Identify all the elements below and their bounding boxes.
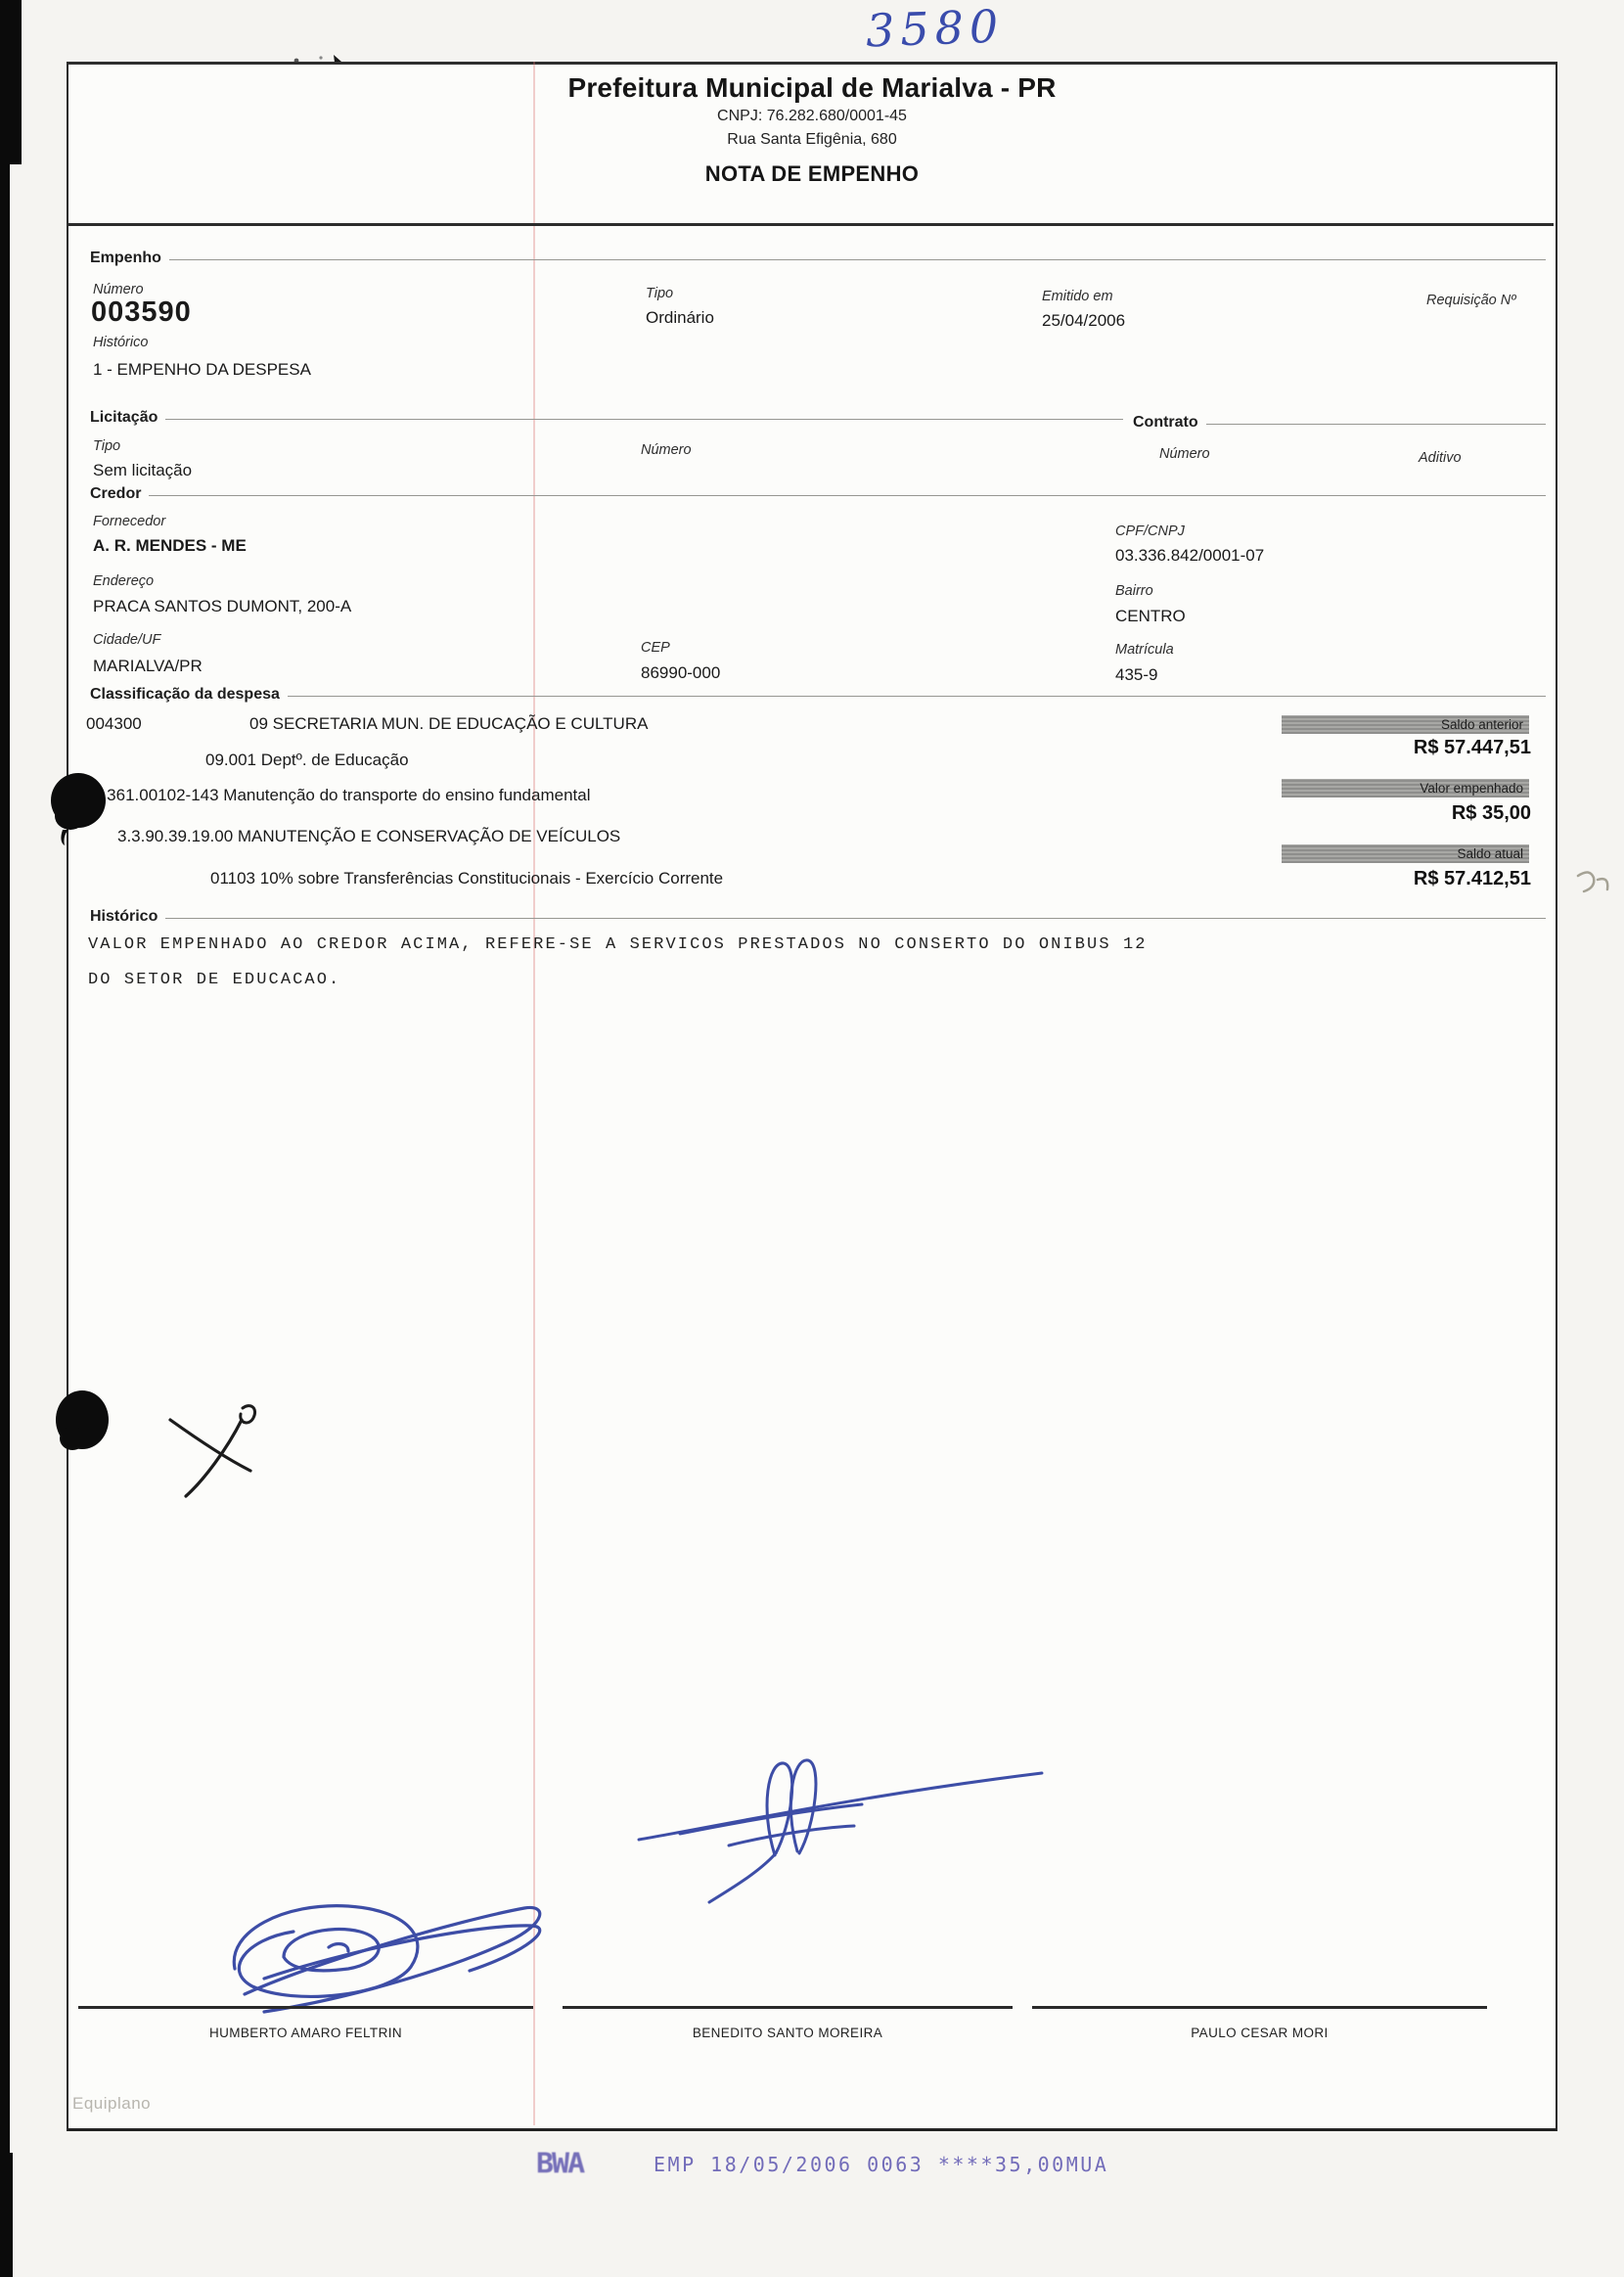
section-historico-label: Histórico — [90, 908, 165, 926]
section-rule — [165, 918, 1546, 919]
signature-line — [1032, 2006, 1487, 2009]
credor-bairro-value: CENTRO — [1115, 607, 1186, 626]
section-rule — [288, 696, 1546, 697]
classificacao-row: 01103 10% sobre Transferências Constituc… — [210, 869, 723, 888]
empenho-requisicao-label: Requisição Nº — [1426, 293, 1516, 308]
scanned-document-page: 3580 Prefeitura Municipal de Marialva - … — [0, 0, 1624, 2277]
section-licitacao-label: Licitação — [90, 409, 165, 427]
section-rule — [169, 259, 1546, 260]
empenho-historico-value: 1 - EMPENHO DA DESPESA — [93, 360, 311, 380]
org-address: Rua Santa Efigênia, 680 — [0, 131, 1624, 149]
credor-cpf-label: CPF/CNPJ — [1115, 524, 1185, 539]
handwritten-page-number: 3580 — [865, 0, 1005, 57]
classificacao-row: 09.001 Deptº. de Educação — [205, 751, 409, 770]
section-historico: Histórico — [90, 908, 1546, 926]
credor-cidade-label: Cidade/UF — [93, 632, 160, 648]
signature-line — [563, 2006, 1013, 2009]
section-credor-label: Credor — [90, 485, 149, 503]
section-rule — [149, 495, 1546, 496]
classificacao-row: 2.361.00102-143 Manutenção do transporte… — [93, 786, 591, 805]
licitacao-tipo-value: Sem licitação — [93, 461, 192, 480]
credor-endereco-value: PRACA SANTOS DUMONT, 200-A — [93, 597, 351, 616]
valor-empenhado-label: Valor empenhado — [1420, 781, 1523, 796]
scanner-line-artifact — [533, 62, 535, 2125]
empenho-emitido-label: Emitido em — [1042, 289, 1113, 304]
section-rule — [165, 419, 1123, 420]
ink-blot — [51, 1388, 119, 1466]
empenho-historico-label: Histórico — [93, 335, 148, 350]
empenho-numero-label: Número — [93, 282, 144, 297]
signatory-name: BENEDITO SANTO MOREIRA — [563, 2026, 1013, 2040]
credor-cidade-value: MARIALVA/PR — [93, 657, 203, 676]
section-rule — [1206, 424, 1546, 425]
classificacao-code: 004300 — [86, 714, 142, 734]
org-title: Prefeitura Municipal de Marialva - PR — [0, 72, 1624, 104]
licitacao-numero-label: Número — [641, 442, 692, 458]
valor-empenhado-bar: Valor empenhado — [1282, 779, 1529, 797]
scan-edge-bottom — [0, 2153, 13, 2277]
credor-cep-value: 86990-000 — [641, 663, 720, 683]
section-credor: Credor — [90, 485, 1546, 503]
empenho-tipo-label: Tipo — [646, 286, 673, 301]
processing-stamp-logo: BWA — [536, 2148, 583, 2180]
section-contrato-label: Contrato — [1133, 414, 1206, 432]
saldo-atual-bar: Saldo atual — [1282, 844, 1529, 863]
org-cnpj: CNPJ: 76.282.680/0001-45 — [0, 108, 1624, 125]
section-licitacao: Licitação — [90, 409, 1123, 427]
contrato-aditivo-label: Aditivo — [1419, 450, 1462, 466]
saldo-anterior-value: R$ 57.447,51 — [1277, 737, 1531, 759]
licitacao-tipo-label: Tipo — [93, 438, 120, 454]
handwritten-x-mark — [157, 1394, 274, 1512]
section-contrato: Contrato — [1133, 414, 1546, 432]
credor-matricula-label: Matrícula — [1115, 642, 1174, 658]
section-empenho: Empenho — [90, 250, 1546, 267]
saldo-atual-label: Saldo atual — [1457, 846, 1523, 861]
saldo-atual-value: R$ 57.412,51 — [1277, 868, 1531, 890]
empenho-emitido-value: 25/04/2006 — [1042, 311, 1125, 331]
classificacao-row: 3.3.90.39.19.00 MANUTENÇÃO E CONSERVAÇÃO… — [117, 827, 620, 846]
classificacao-row: 09 SECRETARIA MUN. DE EDUCAÇÃO E CULTURA — [249, 714, 648, 734]
saldo-anterior-label: Saldo anterior — [1441, 717, 1523, 732]
scan-edge-strip — [0, 0, 10, 2277]
section-classificacao: Classificação da despesa — [90, 686, 1546, 704]
credor-fornecedor-value: A. R. MENDES - ME — [93, 536, 247, 556]
section-classificacao-label: Classificação da despesa — [90, 686, 288, 704]
historico-text-line1: VALOR EMPENHADO AO CREDOR ACIMA, REFERE-… — [88, 935, 1148, 954]
vendor-watermark: Equiplano — [72, 2094, 151, 2114]
signature-line — [78, 2006, 533, 2009]
saldo-anterior-bar: Saldo anterior — [1282, 715, 1529, 734]
historico-text-line2: DO SETOR DE EDUCACAO. — [88, 971, 340, 989]
signatory-name: PAULO CESAR MORI — [1032, 2026, 1487, 2040]
ink-blot — [45, 769, 123, 847]
contrato-numero-label: Número — [1159, 446, 1210, 462]
empenho-numero-value: 003590 — [91, 296, 192, 329]
pencil-mark — [1570, 866, 1619, 905]
credor-cep-label: CEP — [641, 640, 670, 656]
signature-scribble — [611, 1740, 1061, 1906]
credor-fornecedor-label: Fornecedor — [93, 514, 165, 529]
empenho-tipo-value: Ordinário — [646, 308, 714, 328]
document-title: NOTA DE EMPENHO — [0, 161, 1624, 187]
credor-endereco-label: Endereço — [93, 573, 154, 589]
credor-cpf-value: 03.336.842/0001-07 — [1115, 546, 1264, 566]
header-divider — [67, 223, 1554, 226]
signatory-name: HUMBERTO AMARO FELTRIN — [78, 2026, 533, 2040]
processing-stamp-text: EMP 18/05/2006 0063 ****35,00MUA — [654, 2153, 1108, 2176]
credor-matricula-value: 435-9 — [1115, 665, 1157, 685]
valor-empenhado-value: R$ 35,00 — [1277, 802, 1531, 825]
section-empenho-label: Empenho — [90, 250, 169, 267]
credor-bairro-label: Bairro — [1115, 583, 1153, 599]
